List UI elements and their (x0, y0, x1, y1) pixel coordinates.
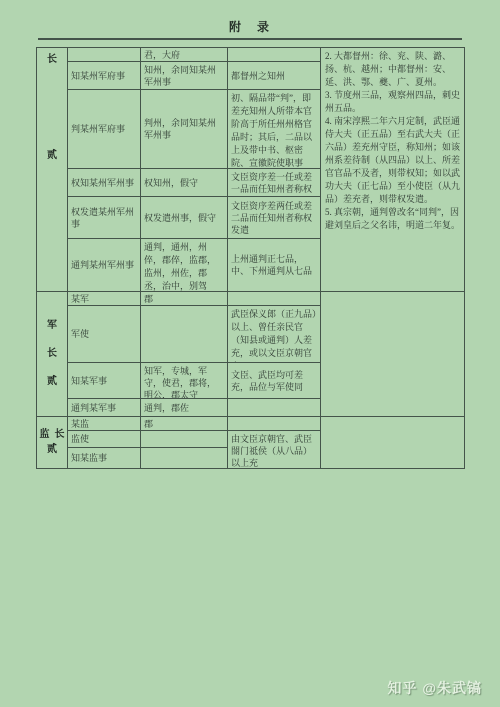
numbered-notes-cell (321, 417, 465, 469)
note-cell: 由文臣京朝官、武臣閤门祗侯（从八品）以上充 (228, 431, 321, 469)
title-cell: 军使 (68, 306, 141, 363)
note-cell: 都督州之知州 (228, 62, 321, 90)
alias-cell: 通判，郡佐 (141, 399, 228, 417)
title-cell: 知某州军府事 (68, 62, 141, 90)
note-cell (228, 417, 321, 431)
alias-cell (141, 306, 228, 363)
alias-cell: 郡 (141, 292, 228, 306)
note-cell: 文臣资序差一任或差一品而任知州者称权 (228, 169, 321, 197)
alias-cell: 知军，专城，军守，使君，郡将，明公，郡太守 (141, 363, 228, 399)
title-cell: 某军 (68, 292, 141, 306)
group-label-cell: 长 贰 (37, 48, 68, 292)
alias-cell: 郡 (141, 417, 228, 431)
numbered-notes-cell (321, 292, 465, 417)
note-cell: 上州通判正七品，中、下州通判从七品 (228, 239, 321, 292)
table-section-zhou: 长 贰 君，大府 知某州军府事 知州，余同知某州军州事 都督州之知州 判某州军府… (37, 48, 465, 292)
alias-cell: 知州，余同知某州军州事 (141, 62, 228, 90)
alias-cell: 通判，通州，州倅，郡倅，监郡，监州，州佐，郡丞，治中，别驾 (141, 239, 228, 292)
group-label: 长 (55, 429, 65, 441)
note-cell: 文臣、武臣均可差充，品位与军使同 (228, 363, 321, 399)
group-label: 贰 (47, 376, 57, 388)
numbered-notes-cell: 2. 大都督州：徐、兖、陕、潞、扬、杭、越州；中都督州：安、延、洪、鄂、夔、广、… (321, 48, 465, 292)
group-label: 贰 (47, 444, 57, 456)
alias-cell (141, 431, 228, 448)
title-cell: 监使 (68, 431, 141, 448)
table-section-jun: 军 长 贰 某军 郡 军使 武臣保义郎（正九品）以上、曾任亲民官（知县或通判）人… (37, 292, 465, 417)
group-label: 军 (47, 320, 57, 332)
note-cell (228, 399, 321, 417)
title-cell: 权发遣某州军州事 (68, 197, 141, 239)
title-cell: 知某监事 (68, 448, 141, 469)
note-cell (228, 48, 321, 62)
title-cell: 知某军事 (68, 363, 141, 399)
alias-cell (141, 448, 228, 469)
page-title: 附 录 (0, 18, 500, 35)
header-rule (38, 38, 462, 40)
alias-cell: 君，大府 (141, 48, 228, 62)
officials-table: 长 贰 君，大府 知某州军府事 知州，余同知某州军州事 都督州之知州 判某州军府… (36, 47, 465, 469)
title-cell (68, 48, 141, 62)
group-label: 长 (47, 348, 57, 360)
zhihu-watermark: 知乎 @朱武镐 (387, 678, 482, 698)
note-cell: 文臣资序差两任或差二品而任知州者称权发遣 (228, 197, 321, 239)
title-cell: 通判某军事 (68, 399, 141, 417)
note-cell: 武臣保义郎（正九品）以上、曾任亲民官（知县或通判）人差充，或以文臣京朝官充。 (228, 306, 321, 363)
group-label: 贰 (47, 150, 57, 162)
group-label-cell: 军 长 贰 (37, 292, 68, 417)
title-cell: 通判某州军州事 (68, 239, 141, 292)
note-cell (228, 292, 321, 306)
title-cell: 权知某州军州事 (68, 169, 141, 197)
note-cell: 初、隔品带“判”，即差充知州人所带本官阶高于所任州州格官品时；其后，二品以上及带… (228, 90, 321, 169)
table-section-jian: 监 长 贰 某监 郡 监使 由文臣京朝官、武臣閤门祗侯（从八品）以上充 知某监事 (37, 417, 465, 469)
alias-cell: 判州，余同知某州军州事 (141, 90, 228, 169)
title-cell: 判某州军府事 (68, 90, 141, 169)
group-label-cell: 监 长 贰 (37, 417, 68, 469)
group-label: 监 (40, 429, 50, 441)
alias-cell: 权发遣州事，假守 (141, 197, 228, 239)
title-cell: 某监 (68, 417, 141, 431)
alias-cell: 权知州，假守 (141, 169, 228, 197)
scanned-book-page: 附 录 长 贰 君，大府 知某州军府事 知州，余同知某州军州事 都督州之知州 判… (0, 0, 500, 707)
group-label: 长 (47, 54, 57, 66)
